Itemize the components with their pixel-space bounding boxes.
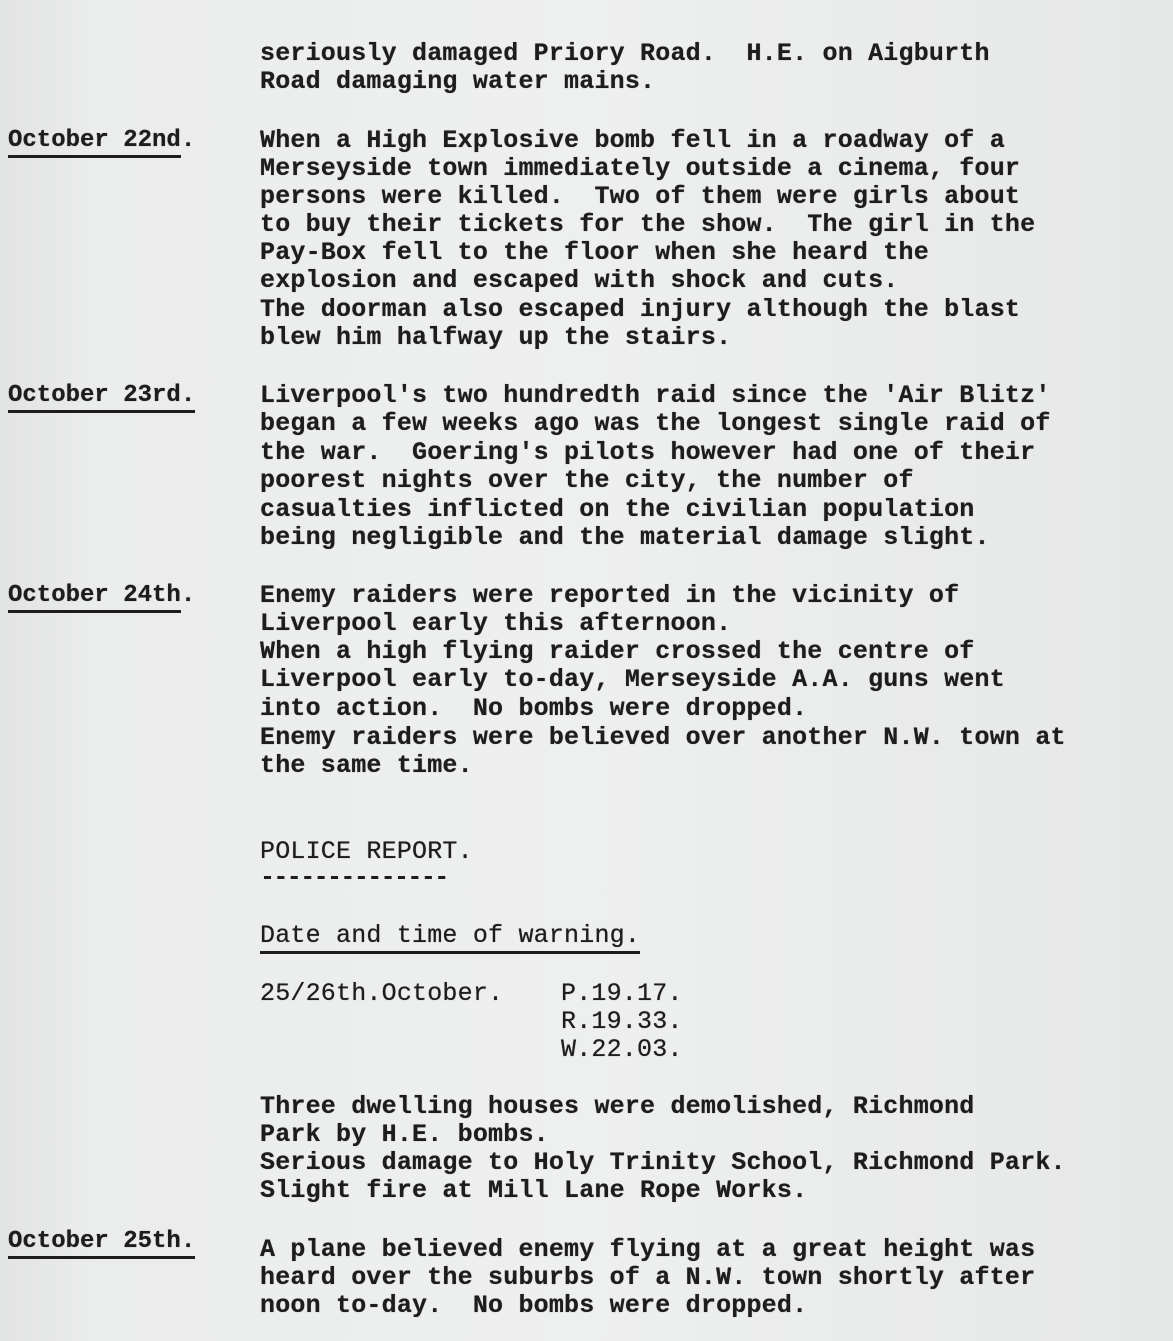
warning-date: 25/26th.October.	[260, 980, 503, 1008]
entry-line: the same time.	[260, 752, 473, 780]
entry-line: Merseyside town immediately outside a ci…	[260, 155, 1020, 183]
police-detail-line: Park by H.E. bombs.	[260, 1121, 549, 1149]
police-detail-line: Slight fire at Mill Lane Rope Works.	[260, 1177, 807, 1205]
entry-line: heard over the suburbs of a N.W. town sh…	[260, 1264, 1035, 1292]
continuation-line: seriously damaged Priory Road. H.E. on A…	[260, 40, 990, 68]
entry-line: Enemy raiders were reported in the vicin…	[260, 582, 959, 610]
warning-subheading: Date and time of warning.	[260, 922, 640, 950]
warning-time-white: W.22.03.	[561, 1036, 683, 1064]
entry-line: Liverpool's two hundredth raid since the…	[260, 382, 1051, 410]
entry-line: into action. No bombs were dropped.	[260, 695, 807, 723]
entry-date-oct-22: October 22nd.	[8, 127, 195, 155]
entry-line: Pay-Box fell to the floor when she heard…	[260, 239, 929, 267]
entry-line: A plane believed enemy flying at a great…	[260, 1236, 1035, 1264]
entry-line: Enemy raiders were believed over another…	[260, 724, 1066, 752]
warning-time-purple: P.19.17.	[561, 980, 683, 1008]
entry-date-text: October 23rd.	[8, 382, 195, 413]
entry-line: The doorman also escaped injury although…	[260, 296, 1020, 324]
warning-time-red: R.19.33.	[561, 1008, 683, 1036]
entry-line: When a High Explosive bomb fell in a roa…	[260, 127, 1005, 155]
entry-date-oct-23: October 23rd.	[8, 382, 195, 410]
typewritten-page: seriously damaged Priory Road. H.E. on A…	[0, 0, 1173, 1341]
entry-date-text: October 25th.	[8, 1228, 195, 1259]
entry-line: poorest nights over the city, the number…	[260, 467, 914, 495]
entry-line: persons were killed. Two of them were gi…	[260, 183, 1020, 211]
entry-line: When a high flying raider crossed the ce…	[260, 638, 975, 666]
entry-date-oct-24: October 24th.	[8, 582, 195, 610]
entry-line: Liverpool early this afternoon.	[260, 610, 731, 638]
entry-line: began a few weeks ago was the longest si…	[260, 410, 1051, 438]
entry-date-oct-25: October 25th.	[8, 1228, 195, 1256]
entry-line: explosion and escaped with shock and cut…	[260, 267, 899, 295]
entry-line: to buy their tickets for the show. The g…	[260, 211, 1035, 239]
entry-date-text: October 24th	[8, 582, 181, 613]
entry-line: Liverpool early to-day, Merseyside A.A. …	[260, 666, 1005, 694]
entry-line: blew him halfway up the stairs.	[260, 324, 731, 352]
continuation-line: Road damaging water mains.	[260, 68, 655, 96]
entry-line: casualties inflicted on the civilian pop…	[260, 496, 975, 524]
entry-line: noon to-day. No bombs were dropped.	[260, 1292, 807, 1320]
entry-line: being negligible and the material damage…	[260, 524, 990, 552]
police-detail-line: Serious damage to Holy Trinity School, R…	[260, 1149, 1066, 1177]
entry-line: the war. Goering's pilots however had on…	[260, 439, 1035, 467]
heading-underline-dashes: --------------	[260, 864, 448, 892]
police-detail-line: Three dwelling houses were demolished, R…	[260, 1093, 975, 1121]
entry-date-text: October 22nd	[8, 127, 181, 158]
police-report-heading: POLICE REPORT.	[260, 838, 473, 866]
